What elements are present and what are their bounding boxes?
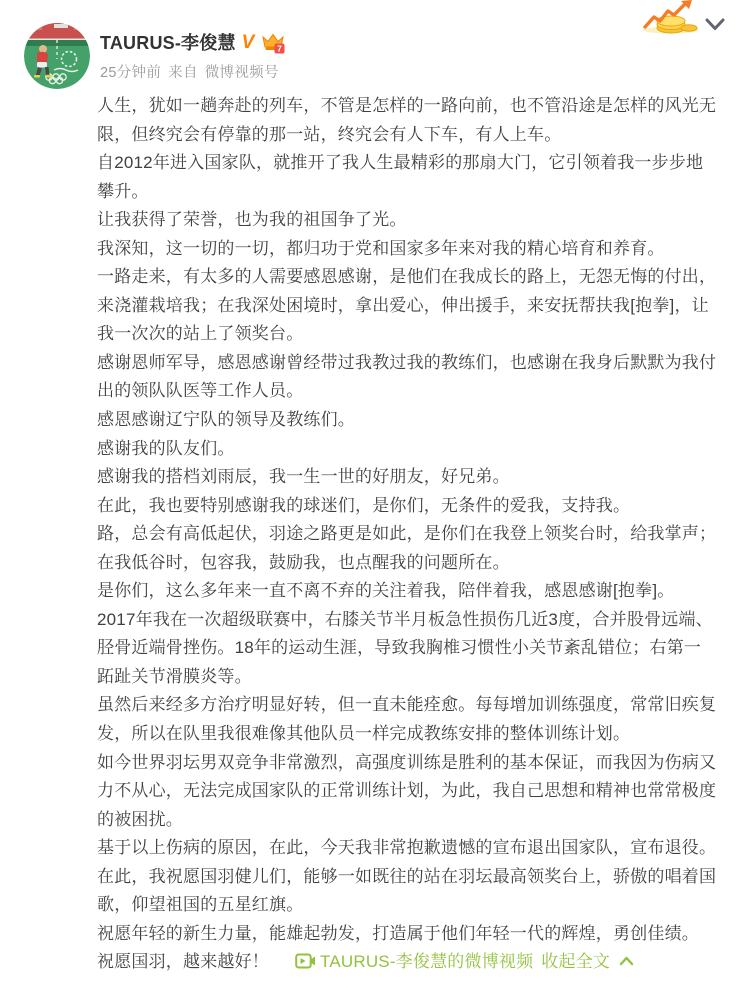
weibo-post-card: TAURUS-李俊慧 V 7 25分钟前 来自 微博视频号 人生，犹如一趟奔赴的… (0, 0, 745, 1008)
post-paragraph: 我深知，这一切的一切，都归功于党和国家多年来对我的精心培育和养育。 (97, 235, 718, 264)
post-paragraph: 让我获得了荣誉，也为我的祖国争了光。 (97, 206, 718, 235)
avatar-image (24, 23, 90, 89)
post-meta: 25分钟前 来自 微博视频号 (100, 61, 279, 82)
timestamp[interactable]: 25分钟前 (100, 61, 161, 82)
chevron-up-icon (619, 956, 634, 966)
svg-text:7: 7 (277, 44, 282, 54)
post-paragraph: 感谢恩师军导，感恩感谢曾经带过我教过我的教练们，也感谢在我身后默默为我付出的领队… (97, 349, 718, 406)
username[interactable]: TAURUS-李俊慧 (100, 29, 236, 55)
collapse-label: 收起全文 (541, 952, 610, 971)
post-paragraph: 是你们，这么多年来一直不离不弃的关注着我，陪伴着我，感恩感谢[抱拳]。 (97, 577, 718, 606)
post-text: 人生，犹如一趟奔赴的列车，不管是怎样的一路向前，也不管沿途是怎样的风光无限，但终… (97, 92, 718, 977)
post-paragraph-closing: 祝愿国羽，越来越好！TAURUS-李俊慧的微博视频收起全文 (97, 948, 718, 977)
user-row: TAURUS-李俊慧 V 7 (100, 29, 285, 55)
post-paragraph: 祝愿年轻的新生力量，能雄起勃发，打造属于他们年轻一代的辉煌，勇创佳绩。 (97, 920, 718, 949)
vip-crown-icon: 7 (261, 32, 285, 54)
video-link[interactable]: TAURUS-李俊慧的微博视频 (295, 952, 533, 971)
post-paragraph: 感恩感谢辽宁队的领导及教练们。 (97, 406, 718, 435)
collapse-full-text-link[interactable]: 收起全文 (541, 952, 634, 971)
post-paragraph: 感谢我的搭档刘雨辰，我一生一世的好朋友，好兄弟。 (97, 463, 718, 492)
post-paragraph: 如今世界羽坛男双竞争非常激烈，高强度训练是胜利的基本保证，而我因为伤病又力不从心… (97, 749, 718, 835)
avatar[interactable] (24, 23, 90, 89)
post-paragraph: 自2012年进入国家队，就推开了我人生最精彩的那扇大门，它引领着我一步步地攀升。 (97, 149, 718, 206)
video-link-label: TAURUS-李俊慧的微博视频 (320, 952, 533, 971)
post-paragraph: 基于以上伤病的原因，在此，今天我非常抱歉遗憾的宣布退出国家队，宣布退役。 (97, 834, 718, 863)
post-paragraph: 在此，我也要特别感谢我的球迷们，是你们，无条件的爱我，支持我。 (97, 492, 718, 521)
post-paragraph: 路，总会有高低起伏，羽途之路更是如此，是你们在我登上领奖台时，给我掌声；在我低谷… (97, 520, 718, 577)
coins-rising-arrow-icon[interactable] (641, 0, 705, 36)
post-paragraph: 2017年我在一次超级联赛中，右膝关节半月板急性损伤几近3度，合并股骨远端、胫骨… (97, 606, 718, 692)
post-paragraph: 人生，犹如一趟奔赴的列车，不管是怎样的一路向前，也不管沿途是怎样的风光无限，但终… (97, 92, 718, 149)
chevron-down-icon[interactable] (704, 17, 726, 32)
post-paragraph: 一路走来，有太多的人需要感恩感谢，是他们在我成长的路上，无怨无悔的付出，来浇灌栽… (97, 263, 718, 349)
verified-v-badge: V (242, 33, 256, 52)
source-prefix: 来自 (168, 61, 198, 82)
video-camera-icon (295, 953, 316, 969)
post-paragraph: 虽然后来经多方治疗明显好转，但一直未能痊愈。每每增加训练强度，常常旧疾复发，所以… (97, 691, 718, 748)
source-link[interactable]: 微博视频号 (205, 61, 279, 82)
post-paragraph: 在此，我祝愿国羽健儿们，能够一如既往的站在羽坛最高领奖台上，骄傲的唱着国歌，仰望… (97, 863, 718, 920)
post-paragraphs: 人生，犹如一趟奔赴的列车，不管是怎样的一路向前，也不管沿途是怎样的风光无限，但终… (97, 92, 718, 948)
post-paragraph: 感谢我的队友们。 (97, 435, 718, 464)
closing-text: 祝愿国羽，越来越好！ (97, 952, 269, 971)
